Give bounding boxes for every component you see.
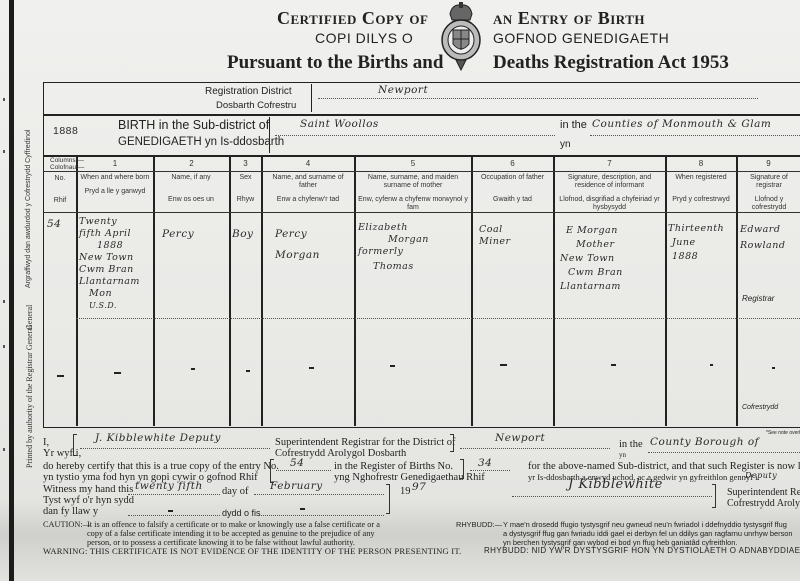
col-num-9: 9 [737, 159, 800, 168]
cert-role-en: Superintendent Registrar for the Distric… [275, 437, 456, 448]
birth-certificate-page: Argraffwyd dan awdurdod y Cofrestrydd Cy… [0, 0, 800, 581]
entry-child-name: Percy [162, 228, 194, 241]
cert-in-the-cy: yn [619, 450, 643, 461]
in-the-label-cy: yn [560, 139, 571, 150]
hw-line: Morgan [275, 249, 320, 262]
title-copi-dilys: COPI DILYS O [315, 30, 413, 46]
col-header-mother: Name, surname, and maiden surname of mot… [357, 174, 469, 212]
title-certified-copy: Certified Copy of [277, 8, 428, 29]
cert-deputy: Deputy [745, 470, 777, 482]
hw-line: E Morgan [560, 224, 623, 238]
brace [386, 484, 390, 514]
cert-year-prefix: 19 [400, 486, 411, 497]
col-line [354, 155, 356, 426]
col-header-en: Name, and surname of father [272, 174, 343, 189]
blank-dash [710, 364, 713, 366]
col-header-registrar: Signature of registrar Llofnod y cofrest… [739, 174, 799, 212]
certify-en: do hereby certify that this is a true co… [43, 461, 279, 472]
day-of-label-cy: dydd o fis [222, 508, 261, 519]
col-header-cy: Gwaith y tad [474, 196, 551, 204]
hw-line: Cwm Bran [79, 264, 140, 276]
brace [460, 459, 464, 479]
caution-label: CAUTION:— [43, 520, 91, 529]
col-header-cy: Rhif [44, 197, 76, 205]
col-line [736, 155, 738, 426]
cert-year-value: 97 [412, 481, 426, 494]
col-header-en: Signature, description, and residence of… [568, 174, 651, 189]
birth-subdistrict-label-cy: GENEDIGAETH yn Is-ddosbarth [118, 136, 284, 148]
col-header-en: Name, if any [171, 174, 210, 181]
col-header-en: Name, surname, and maiden surname of mot… [368, 174, 458, 189]
hw-line: 1888 [79, 240, 140, 252]
col-header-cy: Pryd y cofrestrwyd [668, 196, 734, 204]
entry-no-line [276, 470, 331, 471]
col-header-en: When registered [675, 174, 726, 181]
rhybudd-label: RHYBUDD:— [456, 520, 502, 529]
brace [712, 484, 716, 508]
title-gofnod: GOFNOD GENEDIGAETH [493, 30, 669, 46]
hw-line: Twenty [79, 216, 140, 228]
cert-signer: J. Kibblewhite Deputy [95, 432, 221, 445]
blank-dash [309, 367, 314, 369]
col-header-no: No. Rhif [44, 175, 76, 205]
month-line [254, 494, 384, 495]
sup-reg-en: Superintendent Registrar [727, 487, 800, 498]
col-header-en: Occupation of father [481, 174, 544, 181]
entry-number: 54 [47, 218, 61, 231]
hw-line: Llantarnam [79, 276, 140, 288]
col-num-3: 3 [230, 159, 261, 168]
hw-line: Percy [275, 228, 320, 241]
district-line [318, 98, 758, 99]
cert-signature: J Kibblewhite [568, 478, 663, 491]
rhybudd-text: Y mae'n drosedd ffugio tystysgrif neu gw… [503, 520, 793, 547]
brace [450, 434, 454, 452]
day-of-label: day of [222, 486, 249, 497]
birth-subdistrict-label: BIRTH in the Sub-district of [118, 118, 269, 132]
brace [73, 434, 77, 456]
title-pursuant: Pursuant to the Births and [227, 52, 443, 74]
hw-line: New Town [560, 252, 623, 266]
caution-line: It is an offence to falsify a certificat… [87, 520, 380, 529]
subdistrict-value: Saint Woollos [300, 118, 379, 131]
col-line [76, 155, 78, 426]
cert-in-the-en: in the [619, 439, 643, 450]
blank-dash [390, 365, 395, 367]
hw-line: U.S.D. [79, 300, 140, 312]
hw-line: fifth April [79, 228, 140, 240]
hw-line: Morgan [358, 234, 429, 246]
hw-line: Coal [479, 224, 511, 236]
rhybudd-line: Y mae'n drosedd ffugio tystysgrif neu gw… [503, 520, 793, 529]
punch-marks [3, 0, 5, 581]
entry-occupation: Coal Miner [479, 224, 511, 248]
hw-line: New Town [79, 252, 140, 264]
head-divider [43, 212, 800, 213]
margin-text-welsh: Argraffwyd dan awdurdod y Cofrestrydd Cy… [25, 130, 32, 289]
entry-when-where: Twenty fifth April 1888 New Town Cwm Bra… [79, 216, 140, 312]
row-divider [43, 155, 800, 157]
col-header-informant: Signature, description, and residence of… [556, 174, 663, 212]
col-header-sex: Sex Rhyw [231, 174, 260, 204]
warning-text-cy: RHYBUDD: NID YW'R DYSTYSGRIF HON YN DYST… [484, 546, 800, 555]
hw-line: June [668, 236, 724, 250]
col-header-cy: Rhyw [231, 196, 260, 204]
col-line [153, 155, 155, 426]
margin-text-english: Printed by authority of the Registrar Ge… [25, 325, 34, 468]
col-header-cy: Enw os oes un [156, 196, 226, 204]
col-num-2: 2 [154, 159, 229, 168]
row-divider [43, 114, 800, 116]
entry-when-registered: Thirteenth June 1888 [668, 222, 724, 264]
col-header-en: No. [55, 175, 66, 182]
royal-crest-icon [438, 2, 484, 72]
in-the-label: in the [560, 119, 587, 131]
cert-district-line [460, 448, 610, 449]
witness-cy2: dan fy llaw y [43, 506, 134, 517]
blank-dash [772, 367, 775, 369]
day-line-cy [128, 515, 220, 516]
col-header-en: When and where born [81, 174, 150, 181]
col-header-father: Name, and surname of father Enw a chyfen… [264, 174, 352, 204]
hw-line: Miner [479, 236, 511, 248]
cert-in-the: in the yn [619, 439, 643, 461]
col-header-cy: Enw, cyfenw a chyfenw morwynol y fam [357, 196, 469, 212]
hw-line: Mother [560, 238, 623, 252]
cert-area-line [648, 452, 800, 453]
hw-line: Mon [79, 288, 140, 300]
col-line [665, 155, 667, 426]
day-line [128, 494, 220, 495]
title-act: Deaths Registration Act 1953 [493, 52, 729, 74]
colnum-divider [43, 171, 800, 172]
warning-text: WARNING: THIS CERTIFICATE IS NOT EVIDENC… [43, 546, 462, 556]
col-line [471, 155, 473, 426]
entry-sex: Boy [232, 228, 253, 241]
signer-line [80, 448, 270, 449]
blank-dash [611, 364, 616, 366]
hw-line: Elizabeth [358, 222, 429, 234]
blank-dash [300, 508, 305, 510]
entry-row-divider [76, 318, 800, 319]
col-num-4: 4 [262, 159, 354, 168]
registration-district-value: Newport [378, 84, 428, 97]
col-header-cy: Pryd a lle y ganwyd [80, 188, 150, 196]
registrar-label: Registrar [742, 294, 774, 303]
entry-mother: Elizabeth Morgan formerly Thomas [358, 222, 429, 273]
blank-dash [500, 364, 507, 366]
caution-line: copy of a false certificate intending it… [87, 529, 380, 538]
col-line [553, 155, 555, 426]
entry-registrar-signature: Edward Rowland [740, 222, 785, 254]
see-note: *See note overleaf [766, 430, 800, 436]
caution-text: It is an offence to falsify a certificat… [87, 520, 380, 547]
blank-dash [168, 510, 173, 512]
county-value: Counties of Monmouth & Glam [592, 118, 771, 131]
col-header-en: Sex [239, 174, 251, 181]
col-header-en: Signature of registrar [750, 174, 788, 189]
title-entry-of-birth: an Entry of Birth [493, 8, 645, 29]
hw-line: 1888 [668, 250, 724, 264]
blank-dash [114, 372, 121, 374]
cert-role: Superintendent Registrar for the Distric… [275, 437, 456, 459]
sup-reg-label: Superintendent Registrar Cofrestrydd Aro… [727, 487, 800, 509]
col-num-8: 8 [666, 159, 736, 168]
register-no-line [470, 470, 510, 471]
col-num-6: 6 [472, 159, 553, 168]
col-header-cy: Llofnod y cofrestrydd [739, 196, 799, 212]
hw-line: Edward [740, 222, 785, 238]
hw-line: Rowland [740, 238, 785, 254]
blank-dash [246, 370, 250, 372]
district-divider [311, 84, 312, 112]
hw-line: formerly [358, 246, 429, 258]
witness-cy1: Tyst wyf o'r hyn sydd [43, 495, 134, 506]
month-line-cy [258, 515, 384, 516]
registration-district-label-cy: Dosbarth Cofrestru [216, 100, 296, 111]
cert-district-value: Newport [495, 432, 545, 445]
signature-line [512, 496, 712, 497]
col-header-name: Name, if any Enw os oes un [156, 174, 226, 204]
hw-line: Llantarnam [560, 280, 623, 294]
witness-en: Witness my hand this [43, 484, 134, 495]
county-line [590, 135, 800, 136]
subdistrict-divider [269, 117, 270, 153]
col-header-cy: Llofnod, disgrifiad a chyfeiriad yr hysb… [556, 196, 663, 212]
witness-text: Witness my hand this Tyst wyf o'r hyn sy… [43, 484, 134, 517]
cert-entry-no: 54 [290, 457, 304, 470]
col-num-1: 1 [77, 159, 153, 168]
hw-line: Thomas [358, 261, 429, 273]
cert-area-value: County Borough of [650, 436, 759, 449]
registration-year: 1888 [53, 125, 78, 138]
blank-dash [57, 375, 64, 377]
hw-line: Thirteenth [668, 222, 724, 236]
rhybudd-line: a dystysgrif ffug gan fwriadu iddi gael … [503, 529, 793, 538]
left-margin-bar [9, 0, 14, 581]
col-header-occupation: Occupation of father Gwaith y tad [474, 174, 551, 204]
entry-father: Percy Morgan [275, 228, 320, 262]
col-num-5: 5 [355, 159, 471, 168]
col-header-when-where: When and where born Pryd a lle y ganwyd [80, 174, 150, 196]
registration-district-label: Registration District [205, 86, 292, 97]
col-num-7: 7 [554, 159, 665, 168]
col-line [261, 155, 263, 426]
col-header-cy: Enw a chyfenw'r tad [264, 196, 352, 204]
entry-informant: E Morgan Mother New Town Cwm Bran Llanta… [560, 224, 623, 294]
cert-day-value: twenty fifth [135, 480, 203, 493]
cert-month-value: February [270, 480, 323, 493]
subdistrict-line [275, 135, 555, 136]
blank-dash [191, 368, 195, 370]
cert-register-no: 34 [478, 457, 492, 470]
col-header-registered: When registered Pryd y cofrestrwyd [668, 174, 734, 204]
hw-line: Cwm Bran [560, 266, 623, 280]
registrar-label-cy: Cofrestrydd [742, 404, 778, 411]
sup-reg-cy: Cofrestrydd Arolygol [727, 498, 800, 509]
